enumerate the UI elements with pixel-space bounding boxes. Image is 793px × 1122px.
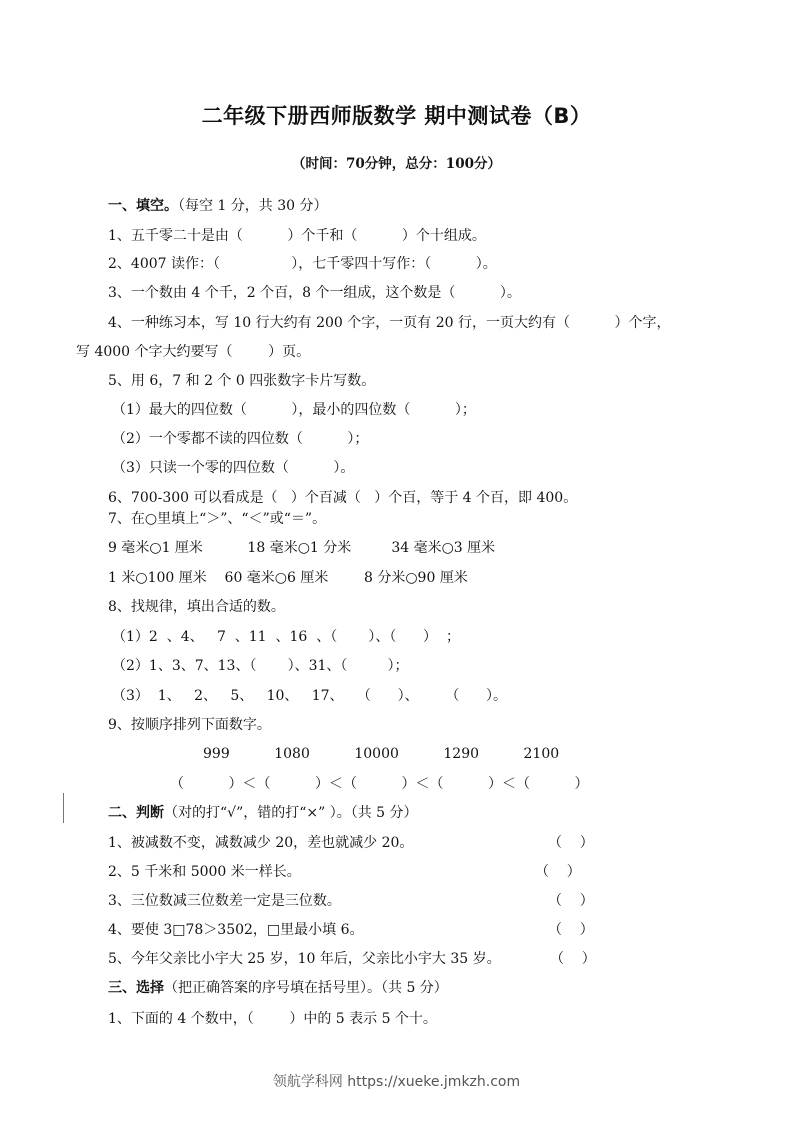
question-line: 7、在○里填上“＞”、“＜”或“＝”。 xyxy=(108,510,326,528)
judgement-item: 3、三位数减三位数差一定是三位数。 xyxy=(108,892,341,910)
question-line: 1、下面的 4 个数中，（ ）中的 5 表示 5 个十。 xyxy=(108,1010,437,1028)
judgement-text: 2、5 千米和 5000 米一样长。 xyxy=(108,864,301,880)
question-line: 5、用 6，7 和 2 个 0 四张数字卡片写数。 xyxy=(108,372,375,390)
judgement-text: 5、今年父亲比小宇大 25 岁，10 年后，父亲比小宇大 35 岁。 xyxy=(108,951,501,967)
watermark-footer: 领航学科网 https://xueke.jmkzh.com xyxy=(0,1071,793,1091)
judgement-text: 1、被减数不变，减数减少 20，差也就减少 20。 xyxy=(108,835,413,851)
comparison-row: 9 毫米○1 厘米 18 毫米○1 分米 34 毫米○3 厘米 xyxy=(108,539,495,557)
question-line: 4、一种练习本，写 10 行大约有 200 个字，一页有 20 行，一页大约有（… xyxy=(108,314,670,332)
section-title: 二、判断 xyxy=(108,805,164,821)
judgement-item: 5、今年父亲比小宇大 25 岁，10 年后，父亲比小宇大 35 岁。 xyxy=(108,950,501,968)
answer-blank: （ ） xyxy=(548,834,594,852)
section-note: （对的打“√”，错的打“×” ）。（共 5 分） xyxy=(164,805,418,821)
judgement-item: 4、要使 3□78＞3502，□里最小填 6。 xyxy=(108,921,364,939)
section-heading-true-false: 二、判断（对的打“√”，错的打“×” ）。（共 5 分） xyxy=(108,804,418,822)
ordering-blanks: （ ）＜（ ）＜（ ）＜（ ）＜（ ） xyxy=(170,775,589,793)
sequence-line: （2）1、3、7、13、（ ）、31、（ ）； xyxy=(112,657,408,675)
question-line: 9、按顺序排列下面数字。 xyxy=(108,716,271,734)
question-line: 1、五千零二十是由（ ）个千和（ ）个十组成。 xyxy=(108,227,486,245)
answer-blank: （ ） xyxy=(550,950,596,968)
judgement-text: 4、要使 3□78＞3502，□里最小填 6。 xyxy=(108,922,364,938)
judgement-item: 2、5 千米和 5000 米一样长。 xyxy=(108,863,301,881)
section-title: 一、填空。 xyxy=(108,198,178,214)
answer-blank: （ ） xyxy=(548,921,594,939)
section-heading-multiple-choice: 三、选择（把正确答案的序号填在括号里）。（共 5 分） xyxy=(108,979,448,997)
margin-line xyxy=(63,793,64,823)
sequence-line: （1）2 、4、 7 、11 、16 、（ ）、（ ） ； xyxy=(112,628,460,646)
judgement-text: 3、三位数减三位数差一定是三位数。 xyxy=(108,893,341,909)
sub-question-line: （1）最大的四位数（ ），最小的四位数（ ）； xyxy=(112,401,476,419)
answer-blank: （ ） xyxy=(535,863,581,881)
section-note: （每空 1 分，共 30 分） xyxy=(178,198,328,214)
judgement-item: 1、被减数不变，减数减少 20，差也就减少 20。 xyxy=(108,834,413,852)
answer-blank: （ ） xyxy=(548,892,594,910)
number-list: 999 1080 10000 1290 2100 xyxy=(203,745,559,763)
comparison-row: 1 米○100 厘米 60 毫米○6 厘米 8 分米○90 厘米 xyxy=(108,569,468,587)
section-title: 三、选择 xyxy=(108,980,164,996)
section-heading-fill-in: 一、填空。（每空 1 分，共 30 分） xyxy=(108,197,328,215)
question-line: 8、找规律，填出合适的数。 xyxy=(108,598,285,616)
question-line: 2、4007 读作：（ ），七千零四十写作：（ ）。 xyxy=(108,255,497,273)
page-subtitle: （时间：70分钟，总分：100分） xyxy=(0,152,793,172)
sequence-line: （3） 1、 2、 5、 10、 17、 （ ）、 （ ）。 xyxy=(112,687,507,705)
question-line: 3、一个数由 4 个千，2 个百，8 个一组成，这个数是（ ）。 xyxy=(108,284,521,302)
question-line: 6、700-300 可以看成是（ ）个百减（ ）个百，等于 4 个百，即 400… xyxy=(108,489,577,507)
sub-question-line: （3）只读一个零的四位数（ ）。 xyxy=(112,459,354,477)
sub-question-line: （2）一个零都不读的四位数（ ）； xyxy=(112,430,368,448)
page-title: 二年级下册西师版数学 期中测试卷（B） xyxy=(0,100,793,130)
question-line: 写 4000 个字大约要写（ ）页。 xyxy=(76,343,310,361)
section-note: （把正确答案的序号填在括号里）。（共 5 分） xyxy=(164,980,448,996)
